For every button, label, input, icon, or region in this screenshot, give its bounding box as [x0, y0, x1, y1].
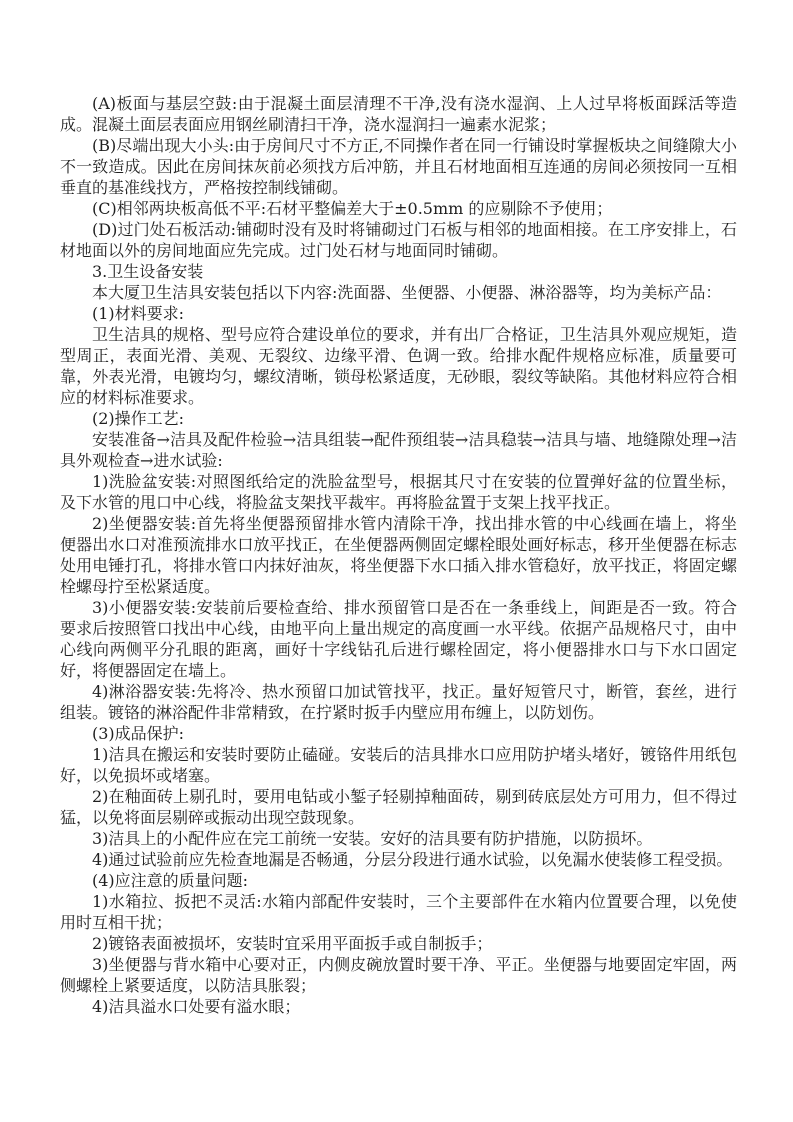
paragraph: 4)洁具溢水口处要有溢水眼； — [60, 996, 737, 1017]
paragraph: 4)通过试验前应先检查地漏是否畅通，分层分段进行通水试验，以免漏水使装修工程受损… — [60, 849, 737, 870]
paragraph: (C)相邻两块板高低不平:石材平整偏差大于±0.5mm 的应剔除不予使用； — [60, 198, 737, 219]
paragraph: 1)水箱拉、扳把不灵活:水箱内部配件安装时，三个主要部件在水箱内位置要合理，以免… — [60, 891, 737, 933]
paragraph: 4)淋浴器安装:先将冷、热水预留口加试管找平，找正。量好短管尺寸，断管，套丝，进… — [60, 681, 737, 723]
paragraph: (A)板面与基层空鼓:由于混凝土面层清理不干净,没有浇水湿润、上人过早将板面踩活… — [60, 93, 737, 135]
paragraph: (2)操作工艺: — [60, 408, 737, 429]
paragraph: 1)洁具在搬运和安装时要防止磕碰。安装后的洁具排水口应用防护堵头堵好，镀铬件用纸… — [60, 744, 737, 786]
paragraph: 3.卫生设备安装 — [60, 261, 737, 282]
paragraph: 3)小便器安装:安装前后要检查给、排水预留管口是否在一条垂线上，间距是否一致。符… — [60, 597, 737, 681]
paragraph: (D)过门处石板活动:铺砌时没有及时将铺砌过门石板与相邻的地面相接。在工序安排上… — [60, 219, 737, 261]
paragraph: (3)成品保护: — [60, 723, 737, 744]
paragraph: 2)坐便器安装:首先将坐便器预留排水管内清除干净，找出排水管的中心线画在墙上，将… — [60, 513, 737, 597]
paragraph: 本大厦卫生洁具安装包括以下内容:洗面器、坐便器、小便器、淋浴器等，均为美标产品： — [60, 282, 737, 303]
paragraph: 1)洗脸盆安装:对照图纸给定的洗脸盆型号，根据其尺寸在安装的位置弹好盆的位置坐标… — [60, 471, 737, 513]
paragraph: (4)应注意的质量问题: — [60, 870, 737, 891]
paragraph: 卫生洁具的规格、型号应符合建设单位的要求，并有出厂合格证，卫生洁具外观应规矩，造… — [60, 324, 737, 408]
paragraph: (B)尽端出现大小头:由于房间尺寸不方正,不同操作者在同一行铺设时掌握板块之间缝… — [60, 135, 737, 198]
paragraph: 安装准备→洁具及配件检验→洁具组装→配件预组装→洁具稳装→洁具与墙、地缝隙处理→… — [60, 429, 737, 471]
paragraph: 2)在釉面砖上剔孔时，要用电钻或小錾子轻剔掉釉面砖，剔到砖底层处方可用力，但不得… — [60, 786, 737, 828]
paragraph: 2)镀铬表面被损坏，安装时宜采用平面扳手或自制扳手； — [60, 933, 737, 954]
paragraph: 3)坐便器与背水箱中心要对正，内侧皮碗放置时要干净、平正。坐便器与地要固定牢固，… — [60, 954, 737, 996]
paragraph: 3)洁具上的小配件应在完工前统一安装。安好的洁具要有防护措施，以防损坏。 — [60, 828, 737, 849]
document-body: (A)板面与基层空鼓:由于混凝土面层清理不干净,没有浇水湿润、上人过早将板面踩活… — [60, 93, 737, 1017]
document-page: (A)板面与基层空鼓:由于混凝土面层清理不干净,没有浇水湿润、上人过早将板面踩活… — [0, 0, 793, 1122]
paragraph: (1)材料要求: — [60, 303, 737, 324]
